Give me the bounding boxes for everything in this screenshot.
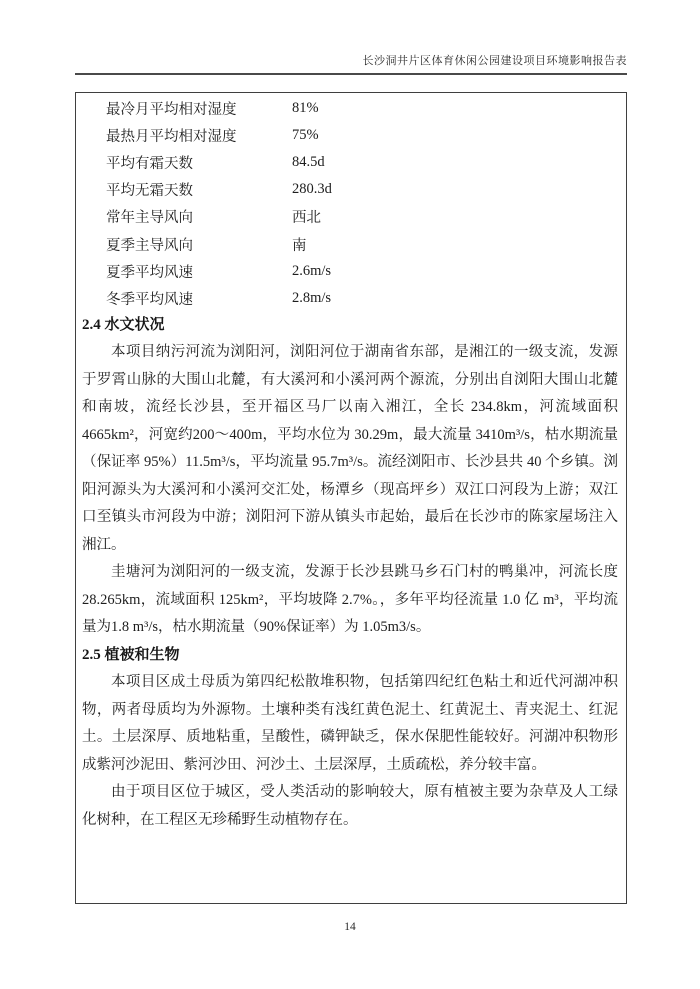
- row-value: 西北: [292, 206, 618, 227]
- row-value: 2.8m/s: [292, 290, 618, 307]
- table-row: 平均无霜天数 280.3d: [106, 176, 618, 203]
- table-row: 夏季平均风速 2.6m/s: [106, 258, 618, 285]
- row-value: 280.3d: [292, 181, 618, 198]
- row-label: 夏季主导风向: [106, 234, 292, 255]
- row-label: 最热月平均相对湿度: [106, 125, 292, 146]
- row-label: 平均有霜天数: [106, 152, 292, 173]
- row-value: 81%: [292, 100, 618, 117]
- row-label: 冬季平均风速: [106, 288, 292, 309]
- table-row: 平均有霜天数 84.5d: [106, 149, 618, 176]
- report-page: 长沙洞井片区体育休闲公园建设项目环境影响报告表 最冷月平均相对湿度 81% 最热…: [0, 0, 700, 989]
- table-row: 常年主导风向 西北: [106, 203, 618, 230]
- row-value: 75%: [292, 127, 618, 144]
- climate-table: 最冷月平均相对湿度 81% 最热月平均相对湿度 75% 平均有霜天数 84.5d…: [106, 95, 618, 312]
- paragraph-guitang-river: 圭塘河为浏阳河的一级支流，发源于长沙县跳马乡石门村的鸭巢冲，河流长度28.265…: [82, 559, 618, 642]
- table-row: 冬季平均风速 2.8m/s: [106, 285, 618, 312]
- page-number: 14: [0, 921, 700, 933]
- section-heading-vegetation: 2.5 植被和生物: [82, 642, 618, 670]
- table-row: 最冷月平均相对湿度 81%: [106, 95, 618, 122]
- table-row: 最热月平均相对湿度 75%: [106, 122, 618, 149]
- row-label: 夏季平均风速: [106, 261, 292, 282]
- running-header-title: 长沙洞井片区体育休闲公园建设项目环境影响报告表: [75, 52, 627, 75]
- row-label: 平均无霜天数: [106, 179, 292, 200]
- content-box: 最冷月平均相对湿度 81% 最热月平均相对湿度 75% 平均有霜天数 84.5d…: [75, 92, 627, 904]
- row-label: 最冷月平均相对湿度: [106, 98, 292, 119]
- table-row: 夏季主导风向 南: [106, 230, 618, 257]
- paragraph-soil: 本项目区成土母质为第四纪松散堆积物，包括第四纪红色粘土和近代河湖冲积物，两者母质…: [82, 669, 618, 779]
- paragraph-liuyang-river: 本项目纳污河流为浏阳河，浏阳河位于湖南省东部，是湘江的一级支流，发源于罗霄山脉的…: [82, 339, 618, 559]
- section-heading-hydrology: 2.4 水文状况: [82, 312, 618, 340]
- row-value: 84.5d: [292, 154, 618, 171]
- row-value: 2.6m/s: [292, 263, 618, 280]
- paragraph-vegetation: 由于项目区位于城区，受人类活动的影响较大，原有植被主要为杂草及人工绿化树种，在工…: [82, 779, 618, 834]
- row-value: 南: [292, 234, 618, 255]
- row-label: 常年主导风向: [106, 206, 292, 227]
